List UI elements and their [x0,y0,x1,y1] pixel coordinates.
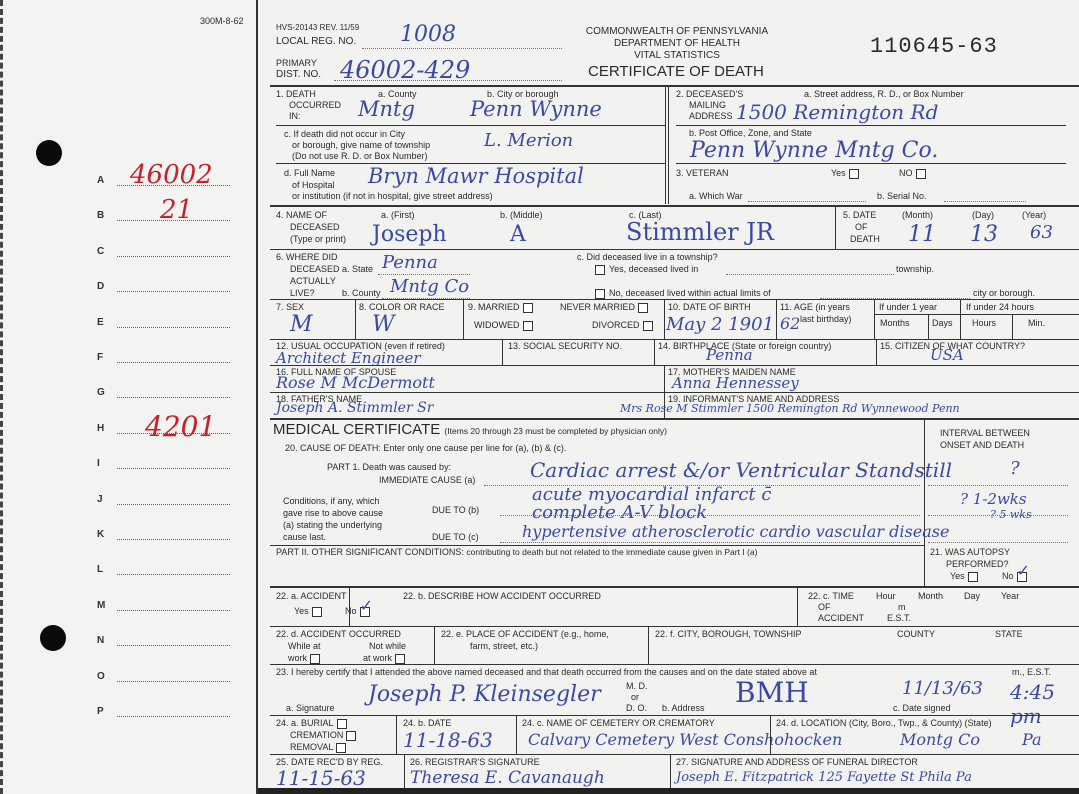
stub-index-letter: L [97,564,103,575]
not-at-work-label: at work [363,653,392,663]
time-signed-value: 4:45 pm [1010,680,1079,728]
hospital-label-1: d. Full Name [284,168,335,179]
item1-label-3: IN: [289,111,301,122]
minutes-label: Min. [1028,318,1045,329]
veteran-yes-label: Yes [831,168,846,178]
while-at-label: While at [288,641,321,652]
sex-value: M [290,312,313,337]
accident-year-label: Year [1001,591,1019,602]
form-code: 300M-8-62 [200,16,244,27]
hospital-label-3: or institution (if not in hospital, give… [292,191,493,202]
stub-index-letter: A [97,175,104,186]
divorced-checkbox[interactable] [643,321,653,331]
item4-label: 4. NAME OF [276,210,327,221]
stub-divider [256,0,258,794]
stub-index-letter: D [97,281,104,292]
rule [270,392,1079,393]
certificate-number-year: -63 [955,34,998,59]
burial-label: 24. a. BURIAL [276,718,334,728]
informant-value: Mrs Rose M Stimmler 1500 Remington Rd Wy… [620,402,960,415]
serial-label: b. Serial No. [877,191,927,202]
autopsy-yes-label: Yes [950,571,965,581]
stub-index-letter: C [97,246,104,257]
item2-label-2: MAILING [689,100,726,111]
removal-checkbox[interactable] [336,743,346,753]
divorced-label: DIVORCED [592,320,640,330]
burial-option[interactable]: 24. a. BURIAL [276,718,347,729]
city-suffix: city or borough. [973,288,1035,299]
death-city-value: Penn Wynne [470,97,602,121]
divider [797,587,798,627]
registrar-signature-label: 26. REGISTRAR'S SIGNATURE [410,757,540,768]
item2-label-3: ADDRESS [689,111,733,122]
conditions-label-2: gave rise to above cause [283,508,383,519]
residence-county-value: Mntg Co [390,276,469,297]
punch-hole-top [36,140,62,166]
physician-signature: Joseph P. Kleinsegler [368,682,601,707]
divider [928,314,929,340]
divider [876,340,877,366]
stub-index-letter: I [97,458,100,469]
married-checkbox[interactable] [523,303,533,313]
md-label: M. D. [626,681,648,692]
stub-index-letter: J [97,494,103,505]
autopsy-yes-checkbox[interactable] [968,572,978,582]
cemetery-label: 24. c. NAME OF CEMETERY OR CREMATORY [522,718,715,729]
days-label: Days [932,318,953,329]
accident-yes-option[interactable]: Yes [294,606,322,617]
stub-index-letter: E [97,317,104,328]
autopsy-no-label: No [1002,571,1014,581]
conditions-label-3: (a) stating the underlying [283,520,382,531]
death-month-value: 11 [908,222,936,247]
date-of-death-label: 5. DATE [843,210,876,221]
cause-a-value: Cardiac arrest &/or Ventricular Standsti… [530,458,952,482]
part2-desc: contributing to death but not related to… [466,547,757,557]
widowed-label: WIDOWED [474,320,520,330]
accident-no-label: No [345,606,357,616]
under-year-label: If under 1 year [879,302,937,313]
form-revision: HVS-20143 REV. 11/59 [276,22,359,33]
stub-index-line [117,610,230,611]
divider [668,86,669,204]
medical-subtitle: (Items 20 through 23 must be completed b… [444,426,667,436]
while-at-work-checkbox[interactable] [310,654,320,664]
medical-title: MEDICAL CERTIFICATE [273,421,440,438]
registrar-signature-value: Theresa E. Cavanaugh [410,768,605,788]
part2-label: PART II. OTHER SIGNIFICANT CONDITIONS: [276,547,464,557]
interval-b2-value: ? 5 wks [990,508,1032,521]
widowed-checkbox[interactable] [523,321,533,331]
accident-yes-label: Yes [294,606,309,616]
local-reg-label: LOCAL REG. NO. [276,36,356,48]
birthplace-value: Penna [706,346,753,364]
primary-dist-label-1: PRIMARY [276,58,317,69]
do-label: D. O. [626,703,647,714]
which-war-line [748,201,866,202]
married-option[interactable]: 9. MARRIED [468,302,533,313]
autopsy-label-1: 21. WAS AUTOPSY [930,547,1010,558]
hour-label: Hour [876,591,896,602]
certification-est: m., E.S.T. [1012,667,1051,678]
accident-city-label: 22. f. CITY, BOROUGH, TOWNSHIP [655,629,802,640]
primary-dist-label-2: DIST. NO. [276,69,321,81]
township-yes-option[interactable]: Yes, deceased lived in [595,264,698,275]
not-at-work-checkbox[interactable] [395,654,405,664]
accident-time-label-3: ACCIDENT [818,613,864,624]
autopsy-yes-option[interactable]: Yes [950,571,978,582]
while-at-work-label: work [288,653,307,663]
divorced-option[interactable]: DIVORCED [592,320,653,331]
death-county-value: Mntg [358,97,415,121]
while-at-work-option[interactable]: work [288,653,320,664]
interval-a-line [928,485,1068,486]
divider [516,716,517,754]
accident-state-label: STATE [995,629,1023,640]
accident-label: 22. a. ACCIDENT [276,591,347,602]
death-year-value: 63 [1030,222,1053,243]
hospital-label-2: of Hospital [292,180,335,191]
last-name-value: Stimmler JR [626,218,774,246]
serial-line [944,201,1026,202]
item2-label: 2. DECEASED'S [676,89,743,100]
funeral-director-label: 27. SIGNATURE AND ADDRESS OF FUNERAL DIR… [676,757,918,768]
place-of-accident-label: 22. e. PLACE OF ACCIDENT (e.g., home, [441,629,609,640]
stub-index-line [117,362,230,363]
stub-index-line [117,397,230,398]
signature-label: a. Signature [286,703,335,714]
check-mark-icon: ✓ [360,600,373,611]
stub-index-letter: H [97,423,104,434]
divider [874,300,875,340]
veteran-no-checkbox[interactable] [916,169,926,179]
stub-index-line [117,327,230,328]
accident-day-label: Day [964,591,980,602]
street-value: 1500 Remington Rd [736,100,938,124]
accident-month-label: Month [918,591,943,602]
veteran-yes[interactable]: Yes [831,168,859,179]
cemetery-value: Calvary Cemetery West Conshohocken [528,730,842,749]
divider [434,627,435,665]
item1-label: 1. DEATH [276,89,316,100]
address-label: b. Address [662,703,705,714]
accident-occurred-label: 22. d. ACCIDENT OCCURRED [276,629,401,640]
divider [835,207,836,250]
township-value: L. Merion [484,130,573,151]
header-rule [270,85,1079,87]
day-label: (Day) [972,210,994,221]
which-war-label: a. Which War [689,191,743,202]
under-day-label: If under 24 hours [966,302,1034,313]
months-label: Months [880,318,910,329]
rule [270,626,1079,627]
cause-b-value: acute myocardial infarct c̄ complete A-V… [532,486,832,522]
item6-label-2: DECEASED [290,264,340,275]
rule [676,163,1066,164]
divider [355,300,356,340]
divider [924,419,925,587]
divider [396,716,397,754]
divider [665,86,666,204]
stub-index-line [117,291,230,292]
interval-label-2: ONSET AND DEATH [940,440,1024,451]
stub-index-line [117,468,230,469]
never-married-label: NEVER MARRIED [560,302,635,312]
stub-index-line [117,574,230,575]
hospital-value: Bryn Mawr Hospital [368,164,584,188]
hours-label: Hours [972,318,996,329]
item6-label-3: ACTUALLY [290,276,336,287]
spouse-value: Rose M McDermott [276,373,435,392]
date-signed-label: c. Date signed [893,703,951,714]
township-label-2: or borough, give name of township [292,140,430,151]
interval-a-value: ? [1010,458,1020,479]
local-reg-value: 1008 [400,22,456,47]
cause-c-value: hypertensive atherosclerotic cardio vasc… [522,522,949,541]
medical-certificate-title: MEDICAL CERTIFICATE (Items 20 through 23… [273,421,667,438]
conditions-label-1: Conditions, if any, which [283,496,379,507]
rule [676,125,1066,126]
rule [270,545,924,546]
township-yes-checkbox[interactable] [595,265,605,275]
date-signed-value: 11/13/63 [902,678,983,699]
age-label: 11. AGE (in years [780,302,850,313]
township-suffix: township. [896,264,934,275]
stub-index-line [117,256,230,257]
divider [654,340,655,366]
rule [270,715,1079,716]
divider [770,716,771,754]
not-at-work-option[interactable]: at work [363,653,405,664]
divider [664,300,665,340]
month-label: (Month) [902,210,933,221]
accident-county-label: COUNTY [897,629,935,640]
residence-state-value: Penna [382,252,438,273]
burial-checkbox[interactable] [337,719,347,729]
agency-line-1: COMMONWEALTH OF PENNSYLVANIA [577,26,777,37]
item1-label-2: OCCURRED [289,100,341,111]
certificate-number-main: 110645 [870,34,955,59]
rule [276,125,665,126]
stub-index-line [117,504,230,505]
part2-row: PART II. OTHER SIGNIFICANT CONDITIONS: c… [276,547,757,558]
mother-maiden-name-value: Anna Hennessey [672,374,799,392]
date-of-death-label-2: OF [855,222,868,233]
burial-location-label: 24. d. LOCATION (City, Boro., Twp., & Co… [776,718,992,729]
not-while-label: Not while [369,641,406,652]
stub-entry-b: 21 [160,195,193,225]
veteran-no[interactable]: NO [899,168,926,179]
removal-label: REMOVAL [290,742,333,752]
married-label: 9. MARRIED [468,302,520,312]
divider [1012,314,1013,340]
middle-name-label: b. (Middle) [500,210,543,221]
veteran-yes-checkbox[interactable] [849,169,859,179]
year-label: (Year) [1022,210,1046,221]
accident-yes-checkbox[interactable] [312,607,322,617]
or-label: or [631,692,639,703]
date-received-value: 11-15-63 [276,766,366,790]
rule [270,205,1079,207]
stub-entry-a: 46002 [130,160,213,190]
cremation-label: CREMATION [290,730,343,740]
divider [463,300,464,340]
item6-label-4: LIVE? [290,288,315,299]
stub-index-letter: P [97,706,104,717]
stub-index-line [117,716,230,717]
accident-est-label: E.S.T. [887,613,911,624]
funeral-director-value: Joseph E. Fitzpatrick 125 Fayette St Phi… [676,770,972,785]
stub-index-letter: K [97,529,104,540]
township-no-option[interactable]: No, deceased lived within actual limits … [595,288,771,299]
stub-index-letter: F [97,352,103,363]
township-yes-text: Yes, deceased lived in [609,264,698,274]
cremation-option[interactable]: CREMATION [290,730,356,741]
veteran-label: 3. VETERAN [676,168,729,179]
burial-location-value: Montg Co [900,730,980,749]
burial-date-value: 11-18-63 [403,728,493,752]
accident-no-checkbox[interactable]: ✓ [360,607,370,617]
primary-dist-value: 46002-429 [340,56,470,84]
burial-state-value: Pa [1022,730,1042,749]
physician-address: BMH [735,676,809,709]
divider [776,300,777,340]
due-to-c-label: DUE TO (c) [432,532,479,543]
rule [270,249,1079,250]
township-label-3: (Do not use R. D. or Box Number) [292,151,428,162]
item4-label-2: DECEASED [290,222,340,233]
rule [874,314,1079,315]
age-value: 62 [780,314,800,333]
citizenship-value: USA [930,346,964,364]
interval-c-line [928,542,1068,543]
bottom-edge [258,788,1079,794]
cremation-checkbox[interactable] [346,731,356,741]
agency-line-3: VITAL STATISTICS [577,50,777,61]
rule [270,365,1079,366]
divider [502,340,503,366]
stub-index-letter: N [97,635,104,646]
ssn-label: 13. SOCIAL SECURITY NO. [508,341,622,352]
punch-hole-bottom [40,625,66,651]
first-name-label: a. (First) [381,210,415,221]
widowed-option[interactable]: WIDOWED [474,320,533,331]
document-title: CERTIFICATE OF DEATH [588,63,764,80]
place-of-accident-label-2: farm, street, etc.) [470,641,538,652]
veteran-no-label: NO [899,168,913,178]
father-name-value: Joseph A. Stimmler Sr [276,400,433,416]
item6-label: 6. WHERE DID [276,252,338,263]
stub-index-letter: G [97,387,105,398]
age-label-2: last birthday) [800,314,852,325]
residence-county-label: b. County [342,288,381,299]
stub-index-line [117,645,230,646]
interval-b-value: ? 1-2wks [960,490,1027,508]
middle-name-value: A [510,222,526,247]
rule [270,754,1079,755]
date-of-death-label-3: DEATH [850,234,880,245]
never-married-option[interactable]: NEVER MARRIED [560,302,648,313]
due-to-b-label: DUE TO (b) [432,505,479,516]
cause-c-line [500,542,920,543]
race-value: W [372,312,395,337]
autopsy-no-checkbox[interactable]: ✓ [1017,572,1027,582]
stub-index-letter: O [97,671,105,682]
death-day-value: 13 [970,222,998,247]
never-married-checkbox[interactable] [638,303,648,313]
accident-time-label-2: OF [818,602,831,613]
township-no-checkbox[interactable] [595,289,605,299]
conditions-label-4: cause last. [283,532,326,543]
autopsy-label-2: PERFORMED? [946,559,1009,570]
township-question: c. Did deceased live in a township? [577,252,718,263]
first-name-value: Joseph [372,222,447,247]
immediate-cause-label: IMMEDIATE CAUSE (a) [379,475,475,486]
divider [960,300,961,340]
removal-option[interactable]: REMOVAL [290,742,346,753]
check-mark-icon: ✓ [1017,565,1030,576]
rule [270,339,1079,340]
interval-label-1: INTERVAL BETWEEN [940,428,1030,439]
stub-index-line [117,539,230,540]
accident-description-label: 22. b. DESCRIBE HOW ACCIDENT OCCURRED [403,591,601,602]
autopsy-no-option[interactable]: No✓ [1002,571,1027,582]
township-label-1: c. If death did not occur in City [284,129,405,140]
stub-entry-h: 4201 [145,410,216,443]
township-no-text: No, deceased lived within actual limits … [609,288,771,298]
post-office-value: Penn Wynne Mntg Co. [690,138,938,163]
cause-of-death-label: 20. CAUSE OF DEATH: Enter only one cause… [285,443,566,454]
rule [270,299,1079,300]
stub-index-letter: B [97,210,104,221]
stub-index-line [117,681,230,682]
local-reg-line [362,48,562,49]
street-label: a. Street address, R. D., or Box Number [804,89,964,100]
rule [270,586,1079,588]
township-line [726,274,894,275]
residence-state-line [378,274,470,275]
rule [270,418,1079,420]
divider [349,587,350,627]
certificate-number: 110645-63 [870,34,998,59]
divider [648,627,649,665]
rule [270,664,1079,665]
part1-label: PART 1. Death was caused by: [327,462,451,473]
item4-label-3: (Type or print) [290,234,346,245]
residence-state-label: a. State [342,264,373,275]
accident-m-label: m [898,602,906,613]
date-of-birth-label: 10. DATE OF BIRTH [668,302,751,313]
accident-time-label: 22. c. TIME [808,591,854,602]
date-of-birth-value: May 2 1901 [666,314,774,335]
agency-line-2: DEPARTMENT OF HEALTH [577,38,777,49]
stub-index-letter: M [97,600,105,611]
